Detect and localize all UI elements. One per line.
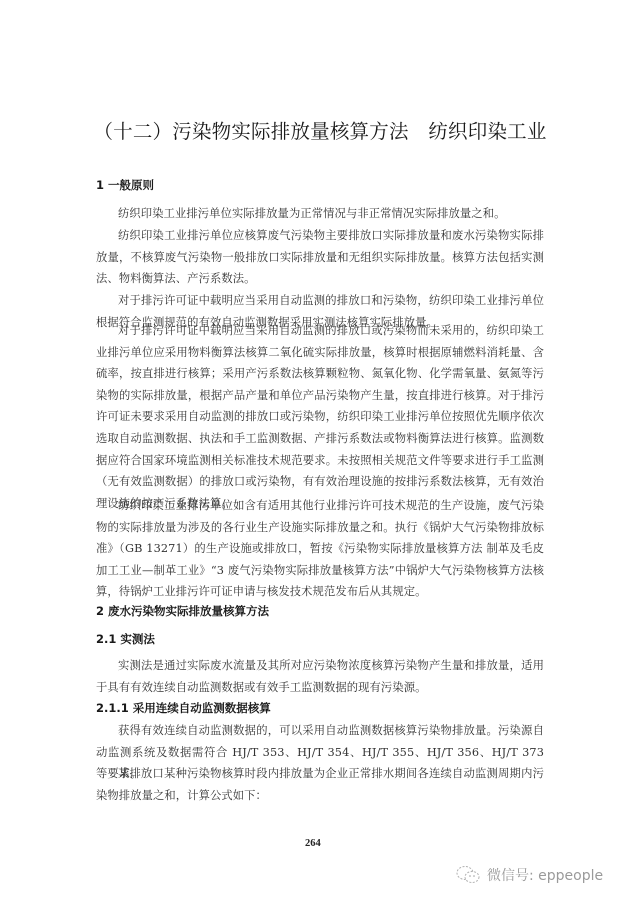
paragraph: 纺织印染工业排污单位应核算废气污染物主要排放口实际排放量和废水污染物实际排放量，… (96, 225, 544, 290)
paragraph: 某排放口某种污染物核算时段内排放量为企业正常排水期间各连续自动监测周期内污染物排… (96, 763, 544, 806)
watermark: 微信号: eppeople (455, 865, 603, 885)
page-number: 264 (305, 838, 321, 849)
wechat-icon (455, 865, 481, 885)
paragraph: 纺织印染工业排污单位实际排放量为正常情况与非正常情况实际排放量之和。 (96, 203, 544, 225)
document-page: （十二）污染物实际排放量核算方法 纺织印染工业 1 一般原则 纺织印染工业排污单… (0, 0, 640, 905)
section-heading-measurement-method: 2.1 实测法 (96, 631, 155, 647)
section-heading-general-principles: 1 一般原则 (96, 177, 154, 193)
paragraph: 实测法是通过实际废水流量及其所对应污染物浓度核算污染物产生量和排放量，适用于具有… (96, 655, 544, 698)
section-heading-wastewater: 2 废水污染物实际排放量核算方法 (96, 603, 269, 619)
section-heading-continuous-monitoring: 2.1.1 采用连续自动监测数据核算 (96, 700, 271, 716)
paragraph: 纺织印染工业排污单位如含有适用其他行业排污许可技术规范的生产设施，废气污染物的实… (96, 495, 544, 603)
watermark-text: 微信号: eppeople (487, 865, 603, 885)
paragraph: 对于排污许可证中载明应当采用自动监测的排放口或污染物而未采用的，纺织印染工业排污… (96, 320, 544, 514)
page-title: （十二）污染物实际排放量核算方法 纺织印染工业 (0, 116, 640, 144)
